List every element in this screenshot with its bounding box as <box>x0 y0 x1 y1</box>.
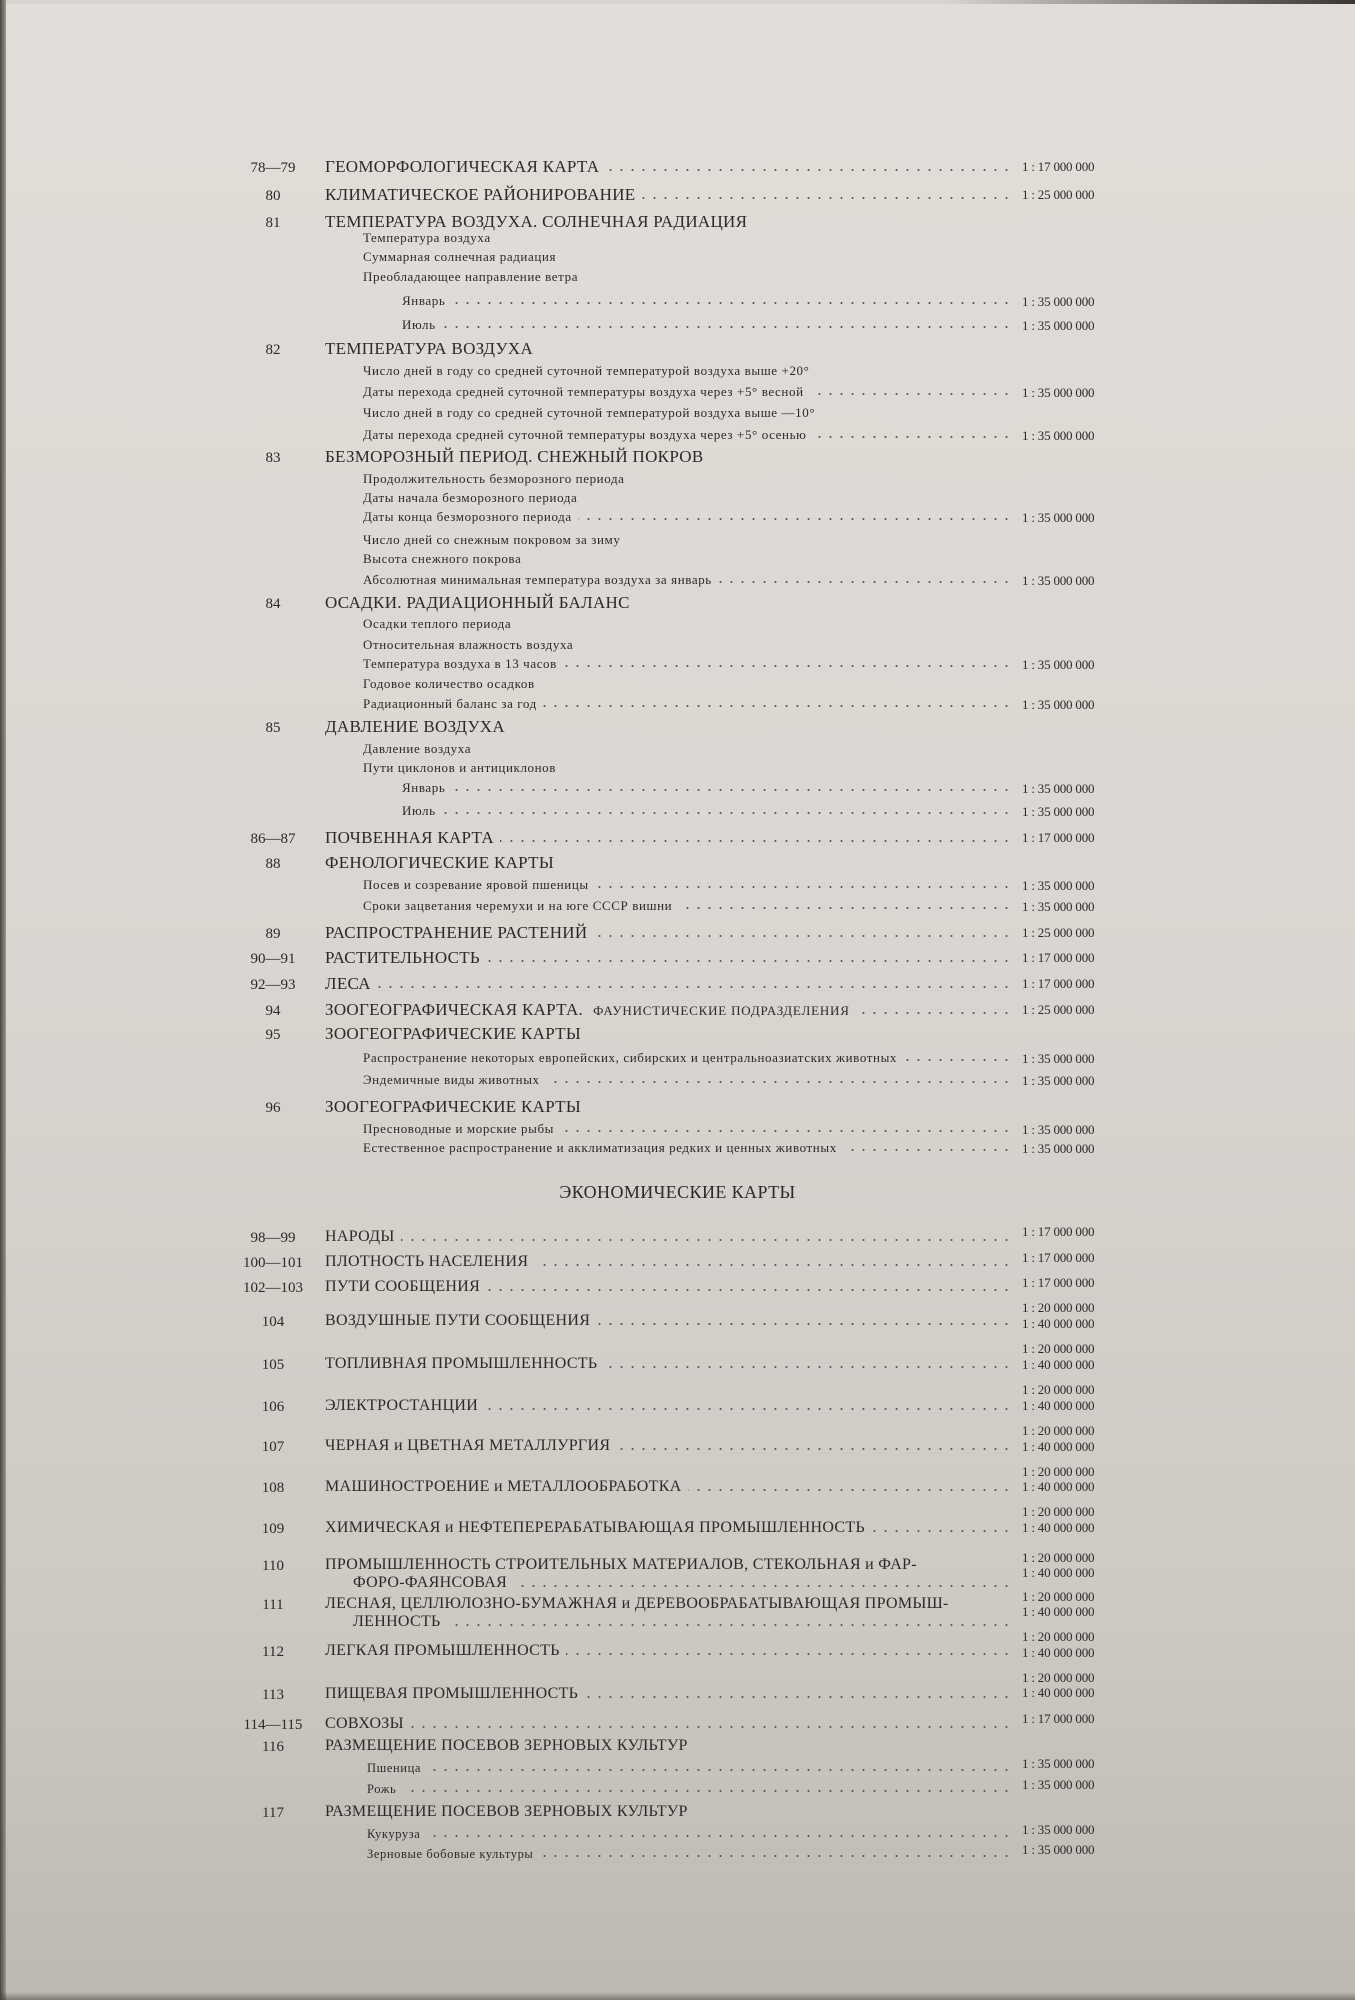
entry-title[interactable]: ХИМИЧЕСКАЯ и НЕФТЕПЕРЕРАБАТЫВАЮЩАЯ ПРОМЫ… <box>325 1518 865 1538</box>
sub-entry[interactable]: Даты начала безморозного периода <box>363 490 577 506</box>
map-scale: 1 : 20 000 000 <box>1022 1670 1094 1685</box>
sub-entry[interactable]: Январь <box>402 293 445 309</box>
sub-entry[interactable]: Температура воздуха в 13 часов <box>363 656 557 672</box>
map-scale: 1 : 40 000 000 <box>1022 1316 1094 1331</box>
dot-leader <box>442 326 1012 328</box>
entry-title[interactable]: ДАВЛЕНИЕ ВОЗДУХА <box>325 717 505 737</box>
entry-title[interactable]: НАРОДЫ <box>325 1227 395 1247</box>
map-scale: 1 : 20 000 000 <box>1022 1341 1094 1356</box>
page-number: 80 <box>218 187 328 205</box>
map-scale: 1 : 25 000 000 <box>1022 187 1094 202</box>
map-scale: 1 : 20 000 000 <box>1022 1589 1094 1604</box>
entry-title[interactable]: МАШИНОСТРОЕНИЕ и МЕТАЛЛООБРАБОТКА <box>325 1477 682 1497</box>
map-scale: 1 : 35 000 000 <box>1022 1051 1094 1066</box>
dot-leader <box>585 1696 1012 1698</box>
map-scale: 1 : 40 000 000 <box>1022 1565 1094 1580</box>
dot-leader <box>642 197 1012 199</box>
page-number: 96 <box>218 1099 328 1117</box>
entry-title[interactable]: ТЕМПЕРАТУРА ВОЗДУХА. СОЛНЕЧНАЯ РАДИАЦИЯ <box>325 212 747 232</box>
dot-leader <box>540 1855 1012 1857</box>
dot-leader <box>377 986 1012 988</box>
dot-leader <box>403 1790 1012 1792</box>
dot-leader <box>856 1012 1012 1014</box>
dot-leader <box>904 1059 1012 1061</box>
sub-entry[interactable]: Преобладающее направление ветра <box>363 269 578 285</box>
dot-leader <box>679 907 1012 909</box>
sub-entry[interactable]: Температура воздуха <box>363 230 491 246</box>
map-scale: 1 : 17 000 000 <box>1022 950 1094 965</box>
map-scale: 1 : 20 000 000 <box>1022 1300 1094 1315</box>
sub-entry[interactable]: Даты перехода средней суточной температу… <box>363 384 804 400</box>
dot-leader <box>442 812 1012 814</box>
page-number: 112 <box>218 1643 328 1661</box>
entry-title[interactable]: ПУТИ СООБЩЕНИЯ <box>325 1277 480 1297</box>
dot-leader <box>718 581 1012 583</box>
page-number: 108 <box>218 1479 328 1497</box>
dot-leader <box>500 840 1012 842</box>
dot-leader <box>566 1653 1012 1655</box>
sub-entry[interactable]: Январь <box>402 780 445 796</box>
map-scale: 1 : 35 000 000 <box>1022 318 1094 333</box>
entry-title[interactable]: БЕЗМОРОЗНЫЙ ПЕРИОД. СНЕЖНЫЙ ПОКРОВ <box>325 447 704 467</box>
sub-entry[interactable]: Абсолютная минимальная температура возду… <box>363 572 712 588</box>
dot-leader <box>595 886 1012 888</box>
dot-leader <box>813 436 1012 438</box>
map-scale: 1 : 40 000 000 <box>1022 1439 1094 1454</box>
page-number: 104 <box>218 1313 328 1331</box>
entry-title[interactable]: ЗООГЕОГРАФИЧЕСКИЕ КАРТЫ <box>325 1024 581 1044</box>
map-scale: 1 : 25 000 000 <box>1022 925 1094 940</box>
entry-title[interactable]: ЛЕГКАЯ ПРОМЫШЛЕННОСТЬ <box>325 1641 560 1661</box>
dot-leader <box>617 1448 1012 1450</box>
sub-entry[interactable]: Суммарная солнечная радиация <box>363 249 556 265</box>
entry-title[interactable]: РАСПРОСТРАНЕНИЕ РАСТЕНИЙ <box>325 923 587 943</box>
map-scale: 1 : 17 000 000 <box>1022 1250 1094 1265</box>
dot-leader <box>546 1081 1012 1083</box>
sub-entry[interactable]: Давление воздуха <box>363 741 471 757</box>
page-number: 86—87 <box>218 830 328 848</box>
dot-leader <box>514 1585 1012 1587</box>
page-number: 113 <box>218 1686 328 1704</box>
page-number: 109 <box>218 1520 328 1538</box>
entry-title[interactable]: РАЗМЕЩЕНИЕ ПОСЕВОВ ЗЕРНОВЫХ КУЛЬТУР <box>325 1802 688 1822</box>
page-number: 100—101 <box>218 1254 328 1272</box>
page-number: 116 <box>218 1738 328 1756</box>
entry-title[interactable]: ПРОМЫШЛЕННОСТЬ СТРОИТЕЛЬНЫХ МАТЕРИАЛОВ, … <box>325 1555 917 1575</box>
page-number: 111 <box>218 1596 328 1614</box>
map-scale: 1 : 35 000 000 <box>1022 385 1094 400</box>
page-number: 107 <box>218 1438 328 1456</box>
entry-title[interactable]: ПОЧВЕННАЯ КАРТА <box>325 828 494 848</box>
page-number: 95 <box>218 1026 328 1044</box>
page-number: 90—91 <box>218 950 328 968</box>
map-scale: 1 : 40 000 000 <box>1022 1604 1094 1619</box>
dot-leader <box>688 1489 1012 1491</box>
map-scale: 1 : 17 000 000 <box>1022 1275 1094 1290</box>
dot-leader <box>535 1264 1012 1266</box>
map-scale: 1 : 40 000 000 <box>1022 1645 1094 1660</box>
entry-title[interactable]: РАСТИТЕЛЬНОСТЬ <box>325 948 480 968</box>
map-scale: 1 : 20 000 000 <box>1022 1504 1094 1519</box>
sub-entry[interactable]: Июль <box>402 317 436 333</box>
dot-leader <box>843 1149 1012 1151</box>
map-scale: 1 : 40 000 000 <box>1022 1398 1094 1413</box>
sub-entry[interactable]: Радиационный баланс за год <box>363 696 537 712</box>
map-scale: 1 : 35 000 000 <box>1022 899 1094 914</box>
dot-leader <box>427 1835 1012 1837</box>
dot-leader <box>452 789 1012 791</box>
sub-entry[interactable]: Естественное распространение и акклимати… <box>363 1140 837 1156</box>
map-scale: 1 : 25 000 000 <box>1022 1002 1094 1017</box>
map-scale: 1 : 20 000 000 <box>1022 1423 1094 1438</box>
section-heading-economic: ЭКОНОМИЧЕСКИЕ КАРТЫ <box>0 1182 1355 1203</box>
sub-entry[interactable]: Зерновые бобовые культуры <box>367 1846 533 1862</box>
entry-title[interactable]: ЛЕСА <box>325 974 371 994</box>
map-scale: 1 : 40 000 000 <box>1022 1357 1094 1372</box>
map-scale: 1 : 35 000 000 <box>1022 294 1094 309</box>
entry-title[interactable]: ТОПЛИВНАЯ ПРОМЫШЛЕННОСТЬ <box>325 1354 597 1374</box>
page-number: 105 <box>218 1356 328 1374</box>
sub-entry[interactable]: Годовое количество осадков <box>363 676 535 692</box>
page-number: 83 <box>218 449 328 467</box>
map-scale: 1 : 40 000 000 <box>1022 1685 1094 1700</box>
page-number: 110 <box>218 1557 328 1575</box>
map-scale: 1 : 35 000 000 <box>1022 428 1094 443</box>
dot-leader <box>594 935 1012 937</box>
map-scale: 1 : 35 000 000 <box>1022 804 1094 819</box>
entry-title[interactable]: ЧЕРНАЯ и ЦВЕТНАЯ МЕТАЛЛУРГИЯ <box>325 1436 610 1456</box>
page-left-edge <box>0 0 6 2000</box>
entry-title[interactable]: КЛИМАТИЧЕСКОЕ РАЙОНИРОВАНИЕ <box>325 185 636 205</box>
sub-entry[interactable]: Рожь <box>367 1781 396 1797</box>
entry-title[interactable]: ГЕОМОРФОЛОГИЧЕСКАЯ КАРТА <box>325 157 599 177</box>
map-scale: 1 : 20 000 000 <box>1022 1464 1094 1479</box>
dot-leader <box>543 705 1012 707</box>
dot-leader <box>410 1726 1012 1728</box>
dot-leader <box>597 1323 1012 1325</box>
page-number: 89 <box>218 925 328 943</box>
dot-leader <box>428 1769 1012 1771</box>
map-scale: 1 : 35 000 000 <box>1022 573 1094 588</box>
entry-title[interactable]: ПЛОТНОСТЬ НАСЕЛЕНИЯ <box>325 1252 528 1272</box>
dot-leader <box>452 302 1012 304</box>
entry-title[interactable]: ПИЩЕВАЯ ПРОМЫШЛЕННОСТЬ <box>325 1684 578 1704</box>
map-scale: 1 : 35 000 000 <box>1022 781 1094 796</box>
page-number: 114—115 <box>218 1716 328 1734</box>
dot-leader <box>447 1624 1012 1626</box>
entry-title-continuation[interactable]: ЛЕННОСТЬ <box>353 1612 441 1632</box>
page-number: 106 <box>218 1398 328 1416</box>
sub-entry[interactable]: Кукуруза <box>367 1826 420 1842</box>
entry-title[interactable]: ЛЕСНАЯ, ЦЕЛЛЮЛОЗНО-БУМАЖНАЯ и ДЕРЕВООБРА… <box>325 1594 949 1614</box>
dot-leader <box>810 393 1012 395</box>
sub-entry[interactable]: Число дней в году со средней суточной те… <box>363 363 809 379</box>
page-top-edge <box>0 0 1355 4</box>
map-scale: 1 : 35 000 000 <box>1022 878 1094 893</box>
map-scale: 1 : 40 000 000 <box>1022 1479 1094 1494</box>
sub-entry[interactable]: Осадки теплого периода <box>363 616 511 632</box>
map-scale: 1 : 35 000 000 <box>1022 1777 1094 1792</box>
page-number: 84 <box>218 595 328 613</box>
page-number: 85 <box>218 719 328 737</box>
entry-title[interactable]: СОВХОЗЫ <box>325 1714 404 1734</box>
map-scale: 1 : 35 000 000 <box>1022 657 1094 672</box>
sub-entry[interactable]: Число дней со снежным покровом за зиму <box>363 532 620 548</box>
dot-leader <box>606 169 1012 171</box>
page-number: 102—103 <box>218 1279 328 1297</box>
dot-leader <box>578 518 1012 520</box>
map-scale: 1 : 35 000 000 <box>1022 1842 1094 1857</box>
sub-entry[interactable]: Пресноводные и морские рыбы <box>363 1121 554 1137</box>
sub-entry[interactable]: Июль <box>402 803 436 819</box>
map-scale: 1 : 35 000 000 <box>1022 1073 1094 1088</box>
entry-title[interactable]: ЗООГЕОГРАФИЧЕСКИЕ КАРТЫ <box>325 1097 581 1117</box>
entry-title-continuation[interactable]: ФОРО-ФАЯНСОВАЯ <box>353 1573 507 1593</box>
page-number: 92—93 <box>218 976 328 994</box>
page-number: 88 <box>218 855 328 873</box>
dot-leader <box>604 1366 1012 1368</box>
page-number: 117 <box>218 1804 328 1822</box>
entry-title[interactable]: ВОЗДУШНЫЕ ПУТИ СООБЩЕНИЯ <box>325 1311 590 1331</box>
dot-leader <box>401 1239 1012 1241</box>
entry-title[interactable]: ОСАДКИ. РАДИАЦИОННЫЙ БАЛАНС <box>325 593 630 613</box>
entry-title[interactable]: РАЗМЕЩЕНИЕ ПОСЕВОВ ЗЕРНОВЫХ КУЛЬТУР <box>325 1736 688 1756</box>
page-number: 98—99 <box>218 1229 328 1247</box>
map-scale: 1 : 17 000 000 <box>1022 1224 1094 1239</box>
page-number: 81 <box>218 214 328 232</box>
dot-leader <box>487 1289 1012 1291</box>
sub-entry[interactable]: Продолжительность безморозного периода <box>363 471 625 487</box>
sub-entry[interactable]: Распространение некоторых европейских, с… <box>363 1050 897 1066</box>
map-scale: 1 : 35 000 000 <box>1022 1141 1094 1156</box>
sub-entry[interactable]: Даты конца безморозного периода <box>363 509 572 525</box>
entry-title-subtitle: ФАУНИСТИЧЕСКИЕ ПОДРАЗДЕЛЕНИЯ <box>593 1001 850 1021</box>
map-scale: 1 : 35 000 000 <box>1022 510 1094 525</box>
dot-leader <box>560 1130 1012 1132</box>
page-number: 94 <box>218 1002 328 1020</box>
dot-leader <box>486 960 1012 962</box>
map-scale: 1 : 20 000 000 <box>1022 1550 1094 1565</box>
map-scale: 1 : 35 000 000 <box>1022 1822 1094 1837</box>
dot-leader <box>485 1408 1012 1410</box>
map-scale: 1 : 40 000 000 <box>1022 1520 1094 1535</box>
dot-leader <box>563 665 1012 667</box>
sub-entry[interactable]: Пшеница <box>367 1760 421 1776</box>
map-scale: 1 : 17 000 000 <box>1022 1711 1094 1726</box>
sub-entry[interactable]: Высота снежного покрова <box>363 551 521 567</box>
entry-title[interactable]: ЭЛЕКТРОСТАНЦИИ <box>325 1396 478 1416</box>
map-scale: 1 : 17 000 000 <box>1022 159 1094 174</box>
sub-entry[interactable]: Относительная влажность воздуха <box>363 637 573 653</box>
map-scale: 1 : 20 000 000 <box>1022 1382 1094 1397</box>
sub-entry[interactable]: Посев и созревание яровой пшеницы <box>363 877 589 893</box>
page-bottom-edge <box>0 1992 1355 2000</box>
entry-title[interactable]: ТЕМПЕРАТУРА ВОЗДУХА <box>325 339 533 359</box>
entry-title[interactable]: ЗООГЕОГРАФИЧЕСКАЯ КАРТА. <box>325 1000 583 1020</box>
entry-title[interactable]: ФЕНОЛОГИЧЕСКИЕ КАРТЫ <box>325 853 554 873</box>
map-scale: 1 : 17 000 000 <box>1022 976 1094 991</box>
sub-entry[interactable]: Число дней в году со средней суточной те… <box>363 405 815 421</box>
page-number: 82 <box>218 341 328 359</box>
sub-entry[interactable]: Эндемичные виды животных <box>363 1072 540 1088</box>
dot-leader <box>871 1530 1012 1532</box>
map-scale: 1 : 20 000 000 <box>1022 1629 1094 1644</box>
page-number: 78—79 <box>218 159 328 177</box>
sub-entry[interactable]: Сроки зацветания черемухи и на юге СССР … <box>363 898 672 914</box>
map-scale: 1 : 35 000 000 <box>1022 1756 1094 1771</box>
map-scale: 1 : 17 000 000 <box>1022 830 1094 845</box>
sub-entry[interactable]: Даты перехода средней суточной температу… <box>363 427 806 443</box>
sub-entry[interactable]: Пути циклонов и антициклонов <box>363 760 556 776</box>
map-scale: 1 : 35 000 000 <box>1022 1122 1094 1137</box>
map-scale: 1 : 35 000 000 <box>1022 697 1094 712</box>
